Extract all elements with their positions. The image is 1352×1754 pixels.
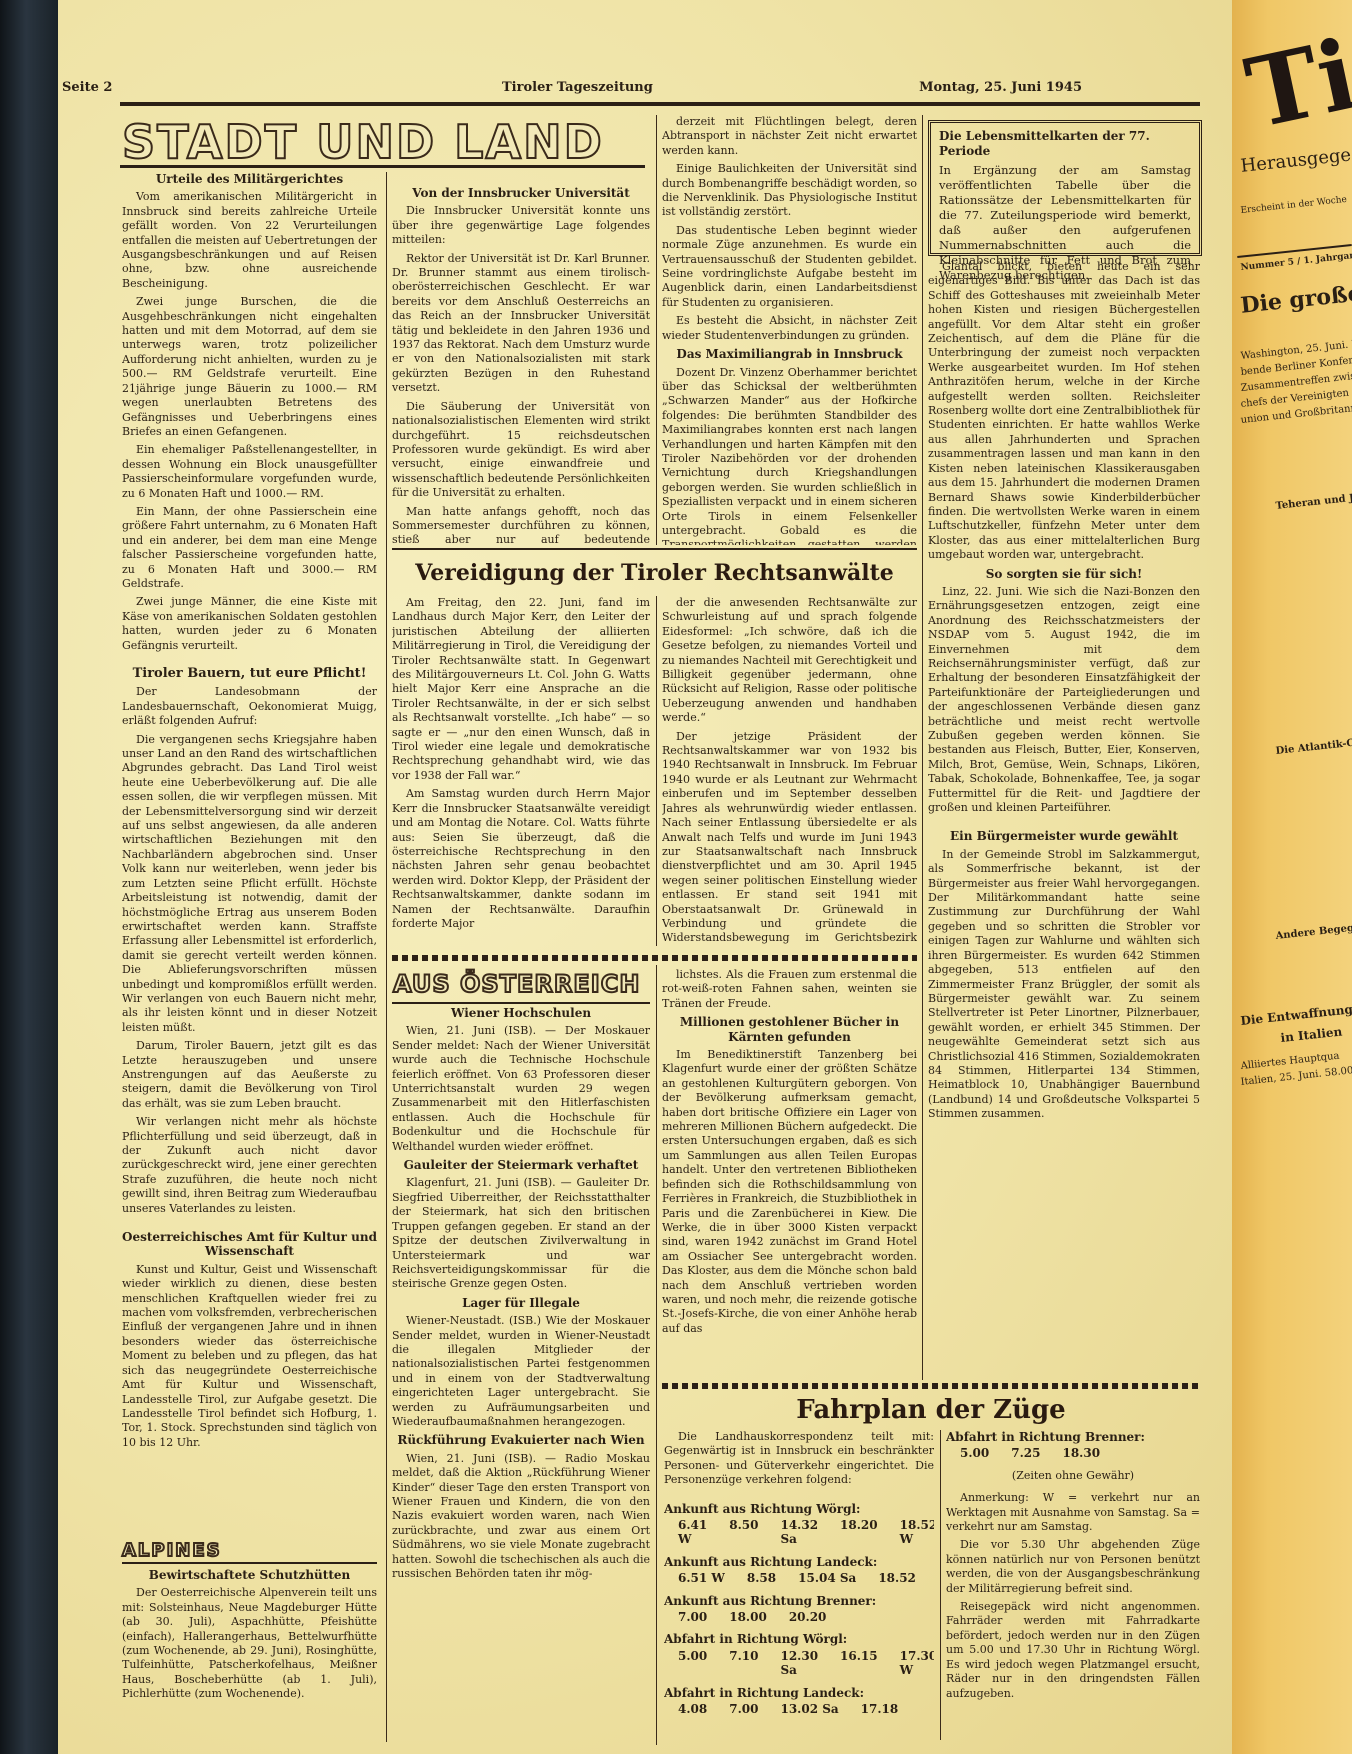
article-heading: Wiener Hochschulen xyxy=(392,1006,650,1020)
article-paragraph: Vom amerikanischen Militärgericht in Inn… xyxy=(122,190,377,291)
article-paragraph: Am Samstag wurden durch Herrn Major Kerr… xyxy=(392,787,650,931)
article-paragraph: Wiener-Neustadt. (ISB.) Wie der Moskauer… xyxy=(392,1314,650,1429)
time-cell: 16.15 xyxy=(840,1649,878,1678)
article-heading: Oesterreichisches Amt für Kultur und Wis… xyxy=(122,1230,377,1259)
route-label: Abfahrt in Richtung Landeck: xyxy=(664,1686,934,1700)
article-paragraph: Ein Mann, der ohne Passierschein eine gr… xyxy=(122,505,377,591)
article-paragraph: Wir verlangen nicht mehr als höchste Pfl… xyxy=(122,1115,377,1216)
article-paragraph: Es besteht die Absicht, in nächster Zeit… xyxy=(662,314,917,343)
route-label: Ankunft aus Richtung Landeck: xyxy=(664,1555,934,1569)
time-cell: 15.04 Sa xyxy=(798,1571,856,1585)
route-times: 7.00 18.00 20.20 xyxy=(664,1610,934,1624)
article-paragraph: der die anwesenden Rechtsanwälte zur Sch… xyxy=(662,596,917,726)
vereidigung-col-a: Am Freitag, den 22. Juni, fand im Landha… xyxy=(392,596,650,946)
time-cell: 17.30 W xyxy=(900,1649,934,1678)
timetable-note: Reisegepäck wird nicht angenommen. Fahrr… xyxy=(946,1600,1200,1701)
column-4: Glantal blickt, bieten heute ein sehr ei… xyxy=(928,260,1200,1380)
section-title-alpines: ALPINES xyxy=(122,1540,222,1561)
page-number: Seite 2 xyxy=(62,80,112,95)
column-divider xyxy=(656,596,657,946)
time-cell: 6.51 W xyxy=(678,1571,725,1585)
timetable-note: Die vor 5.30 Uhr abgehenden Züge können … xyxy=(946,1538,1200,1596)
issue-date: Montag, 25. Juni 1945 xyxy=(919,80,1082,95)
time-cell: 7.10 xyxy=(729,1649,758,1678)
time-cell: 18.00 xyxy=(729,1610,767,1624)
route-times: 6.51 W 8.58 15.04 Sa 18.52 xyxy=(664,1571,934,1585)
article-heading: So sorgten sie für sich! xyxy=(928,567,1200,581)
column-divider xyxy=(940,1430,941,1740)
article-paragraph: Die vergangenen sechs Kriegsjahre haben … xyxy=(122,733,377,1036)
section-rule xyxy=(122,1562,377,1564)
dotted-separator xyxy=(662,1383,1200,1389)
header-rule xyxy=(120,102,1200,106)
route-label: Ankunft aus Richtung Wörgl: xyxy=(664,1502,934,1516)
time-cell: 12.30 Sa xyxy=(780,1649,818,1678)
time-cell: 4.08 xyxy=(678,1702,707,1716)
column-3-bottom: lichstes. Als die Frauen zum erstenmal d… xyxy=(662,968,917,1378)
article-paragraph: Einige Baulichkeiten der Universität sin… xyxy=(662,162,917,220)
article-paragraph: Zwei junge Burschen, die die Ausgehbesch… xyxy=(122,295,377,439)
time-cell: 8.50 xyxy=(729,1518,758,1547)
column-3-top: derzeit mit Flüchtlingen belegt, deren A… xyxy=(662,115,917,545)
timetable-title: Fahrplan der Züge xyxy=(662,1395,1200,1425)
column-divider xyxy=(922,115,923,1380)
article-heading: Lager für Illegale xyxy=(392,1296,650,1310)
time-cell: 18.20 xyxy=(840,1518,878,1547)
running-header: Seite 2 Tiroler Tageszeitung Montag, 25.… xyxy=(62,80,1082,100)
time-cell: 6.41 W xyxy=(678,1518,707,1547)
article-paragraph: Die Säuberung der Universität von nation… xyxy=(392,400,650,501)
route-times: 6.41 W 8.50 14.32 Sa 18.20 18.52 W xyxy=(664,1518,934,1547)
time-cell: 20.20 xyxy=(789,1610,827,1624)
article-heading: Von der Innsbrucker Universität xyxy=(392,186,650,200)
time-cell: 14.32 Sa xyxy=(780,1518,818,1547)
route-times: 4.08 7.00 13.02 Sa 17.18 xyxy=(664,1702,934,1716)
article-paragraph: lichstes. Als die Frauen zum erstenmal d… xyxy=(662,968,917,1011)
article-paragraph: Kunst und Kultur, Geist und Wissenschaft… xyxy=(122,1263,377,1450)
section-title-stadt-und-land: STADT UND LAND xyxy=(122,115,604,169)
article-paragraph: Wien, 21. Juni (ISB). — Der Moskauer Sen… xyxy=(392,1024,650,1154)
article-paragraph: Zwei junge Männer, die eine Kiste mit Kä… xyxy=(122,595,377,653)
time-cell: 18.52 W xyxy=(900,1518,934,1547)
article-paragraph: Der Landesobmann der Landesbauernschaft,… xyxy=(122,685,377,728)
vereidigung-col-b: der die anwesenden Rechtsanwälte zur Sch… xyxy=(662,596,917,946)
time-cell: 7.25 xyxy=(1011,1446,1040,1460)
time-cell: 13.02 Sa xyxy=(780,1702,838,1716)
article-paragraph: Wien, 21. Juni (ISB). — Radio Moskau mel… xyxy=(392,1452,650,1582)
section-rule xyxy=(392,1002,650,1004)
article-paragraph: Linz, 22. Juni. Wie sich die Nazi-Bonzen… xyxy=(928,585,1200,816)
time-cell: 7.00 xyxy=(678,1610,707,1624)
article-paragraph: Im Benediktinerstift Tanzenberg bei Klag… xyxy=(662,1048,917,1336)
article-heading: Rückführung Evakuierter nach Wien xyxy=(392,1433,650,1447)
route-times: 5.00 7.10 12.30 Sa 16.15 17.30 W xyxy=(664,1649,934,1678)
timetable-left: Die Landhauskorrespondenz teilt mit: Geg… xyxy=(664,1430,934,1740)
time-cell: 17.18 xyxy=(861,1702,899,1716)
article-heading: Tiroler Bauern, tut eure Pflicht! xyxy=(122,667,377,681)
article-paragraph: derzeit mit Flüchtlingen belegt, deren A… xyxy=(662,115,917,158)
section-title-aus-oesterreich: AUS ÖSTERREICH xyxy=(393,970,640,998)
article-heading: Ein Bürgermeister wurde gewählt xyxy=(928,829,1200,843)
ration-cards-notice-box: Die Lebensmittelkarten der 77. Periode I… xyxy=(928,120,1202,256)
article-paragraph: Man hatte anfangs gehofft, noch das Somm… xyxy=(392,505,650,544)
column-divider xyxy=(656,965,657,1745)
article-paragraph: Das studentische Leben beginnt wieder no… xyxy=(662,224,917,310)
dotted-separator xyxy=(392,955,917,961)
time-cell: 18.52 xyxy=(878,1571,916,1585)
article-paragraph: Der jetzige Präsident der Rechtsanwaltsk… xyxy=(662,730,917,946)
article-paragraph: Der Oesterreichische Alpenverein teilt u… xyxy=(122,1586,377,1701)
box-title: Die Lebensmittelkarten der 77. Periode xyxy=(939,129,1191,159)
article-heading: Millionen gestohlener Bücher in Kärnten … xyxy=(662,1015,917,1044)
facing-page-headline: Die großen inte xyxy=(1240,287,1352,312)
timetable-right: Abfahrt in Richtung Brenner: 5.00 7.25 1… xyxy=(946,1430,1200,1740)
article-paragraph: Dozent Dr. Vinzenz Oberhammer berichtet … xyxy=(662,366,917,546)
timetable-disclaimer: (Zeiten ohne Gewähr) xyxy=(946,1469,1200,1483)
timetable-intro: Die Landhauskorrespondenz teilt mit: Geg… xyxy=(664,1430,934,1488)
article-heading: Bewirtschaftete Schutzhütten xyxy=(122,1568,377,1582)
article-paragraph: Am Freitag, den 22. Juni, fand im Landha… xyxy=(392,596,650,783)
route-label: Ankunft aus Richtung Brenner: xyxy=(664,1594,934,1608)
article-paragraph: Ein ehemaliger Paßstellenangestellter, i… xyxy=(122,443,377,501)
article-heading: Gauleiter der Steiermark verhaftet xyxy=(392,1158,650,1172)
article-paragraph: Darum, Tiroler Bauern, jetzt gilt es das… xyxy=(122,1039,377,1111)
article-heading: Urteile des Militärgerichtes xyxy=(122,172,377,186)
time-cell: 8.58 xyxy=(747,1571,776,1585)
route-label: Abfahrt in Richtung Wörgl: xyxy=(664,1632,934,1646)
section-rule xyxy=(120,165,645,168)
book-binding xyxy=(0,0,58,1754)
column-divider xyxy=(656,115,657,545)
timetable-note: Anmerkung: W = verkehrt nur an Werktagen… xyxy=(946,1491,1200,1534)
headline-vereidigung: Vereidigung der Tiroler Rechtsanwälte xyxy=(392,560,917,586)
time-cell: 5.00 xyxy=(960,1446,989,1460)
article-heading: Das Maximiliangrab in Innsbruck xyxy=(662,347,917,361)
route-times: 5.00 7.25 18.30 xyxy=(946,1446,1200,1460)
article-paragraph: Glantal blickt, bieten heute ein sehr ei… xyxy=(928,260,1200,563)
time-cell: 5.00 xyxy=(678,1649,707,1678)
time-cell: 18.30 xyxy=(1062,1446,1100,1460)
column-1-alpines: Bewirtschaftete Schutzhütten Der Oesterr… xyxy=(122,1568,377,1738)
column-2-top: Von der Innsbrucker Universität Die Inns… xyxy=(392,172,650,544)
paper-name: Tiroler Tageszeitung xyxy=(502,80,653,95)
article-paragraph: Klagenfurt, 21. Juni (ISB). — Gauleiter … xyxy=(392,1176,650,1291)
article-rule xyxy=(392,548,917,550)
time-cell: 7.00 xyxy=(729,1702,758,1716)
column-divider xyxy=(386,172,387,1742)
article-paragraph: In der Gemeinde Strobl im Salzkammergut,… xyxy=(928,848,1200,1122)
article-paragraph: Rektor der Universität ist Dr. Karl Brun… xyxy=(392,252,650,396)
route-label: Abfahrt in Richtung Brenner: xyxy=(946,1430,1200,1444)
column-1: Urteile des Militärgerichtes Vom amerika… xyxy=(122,172,377,1547)
column-2-bottom: Wiener Hochschulen Wien, 21. Juni (ISB).… xyxy=(392,1006,650,1746)
article-paragraph: Die Innsbrucker Universität konnte uns ü… xyxy=(392,204,650,247)
